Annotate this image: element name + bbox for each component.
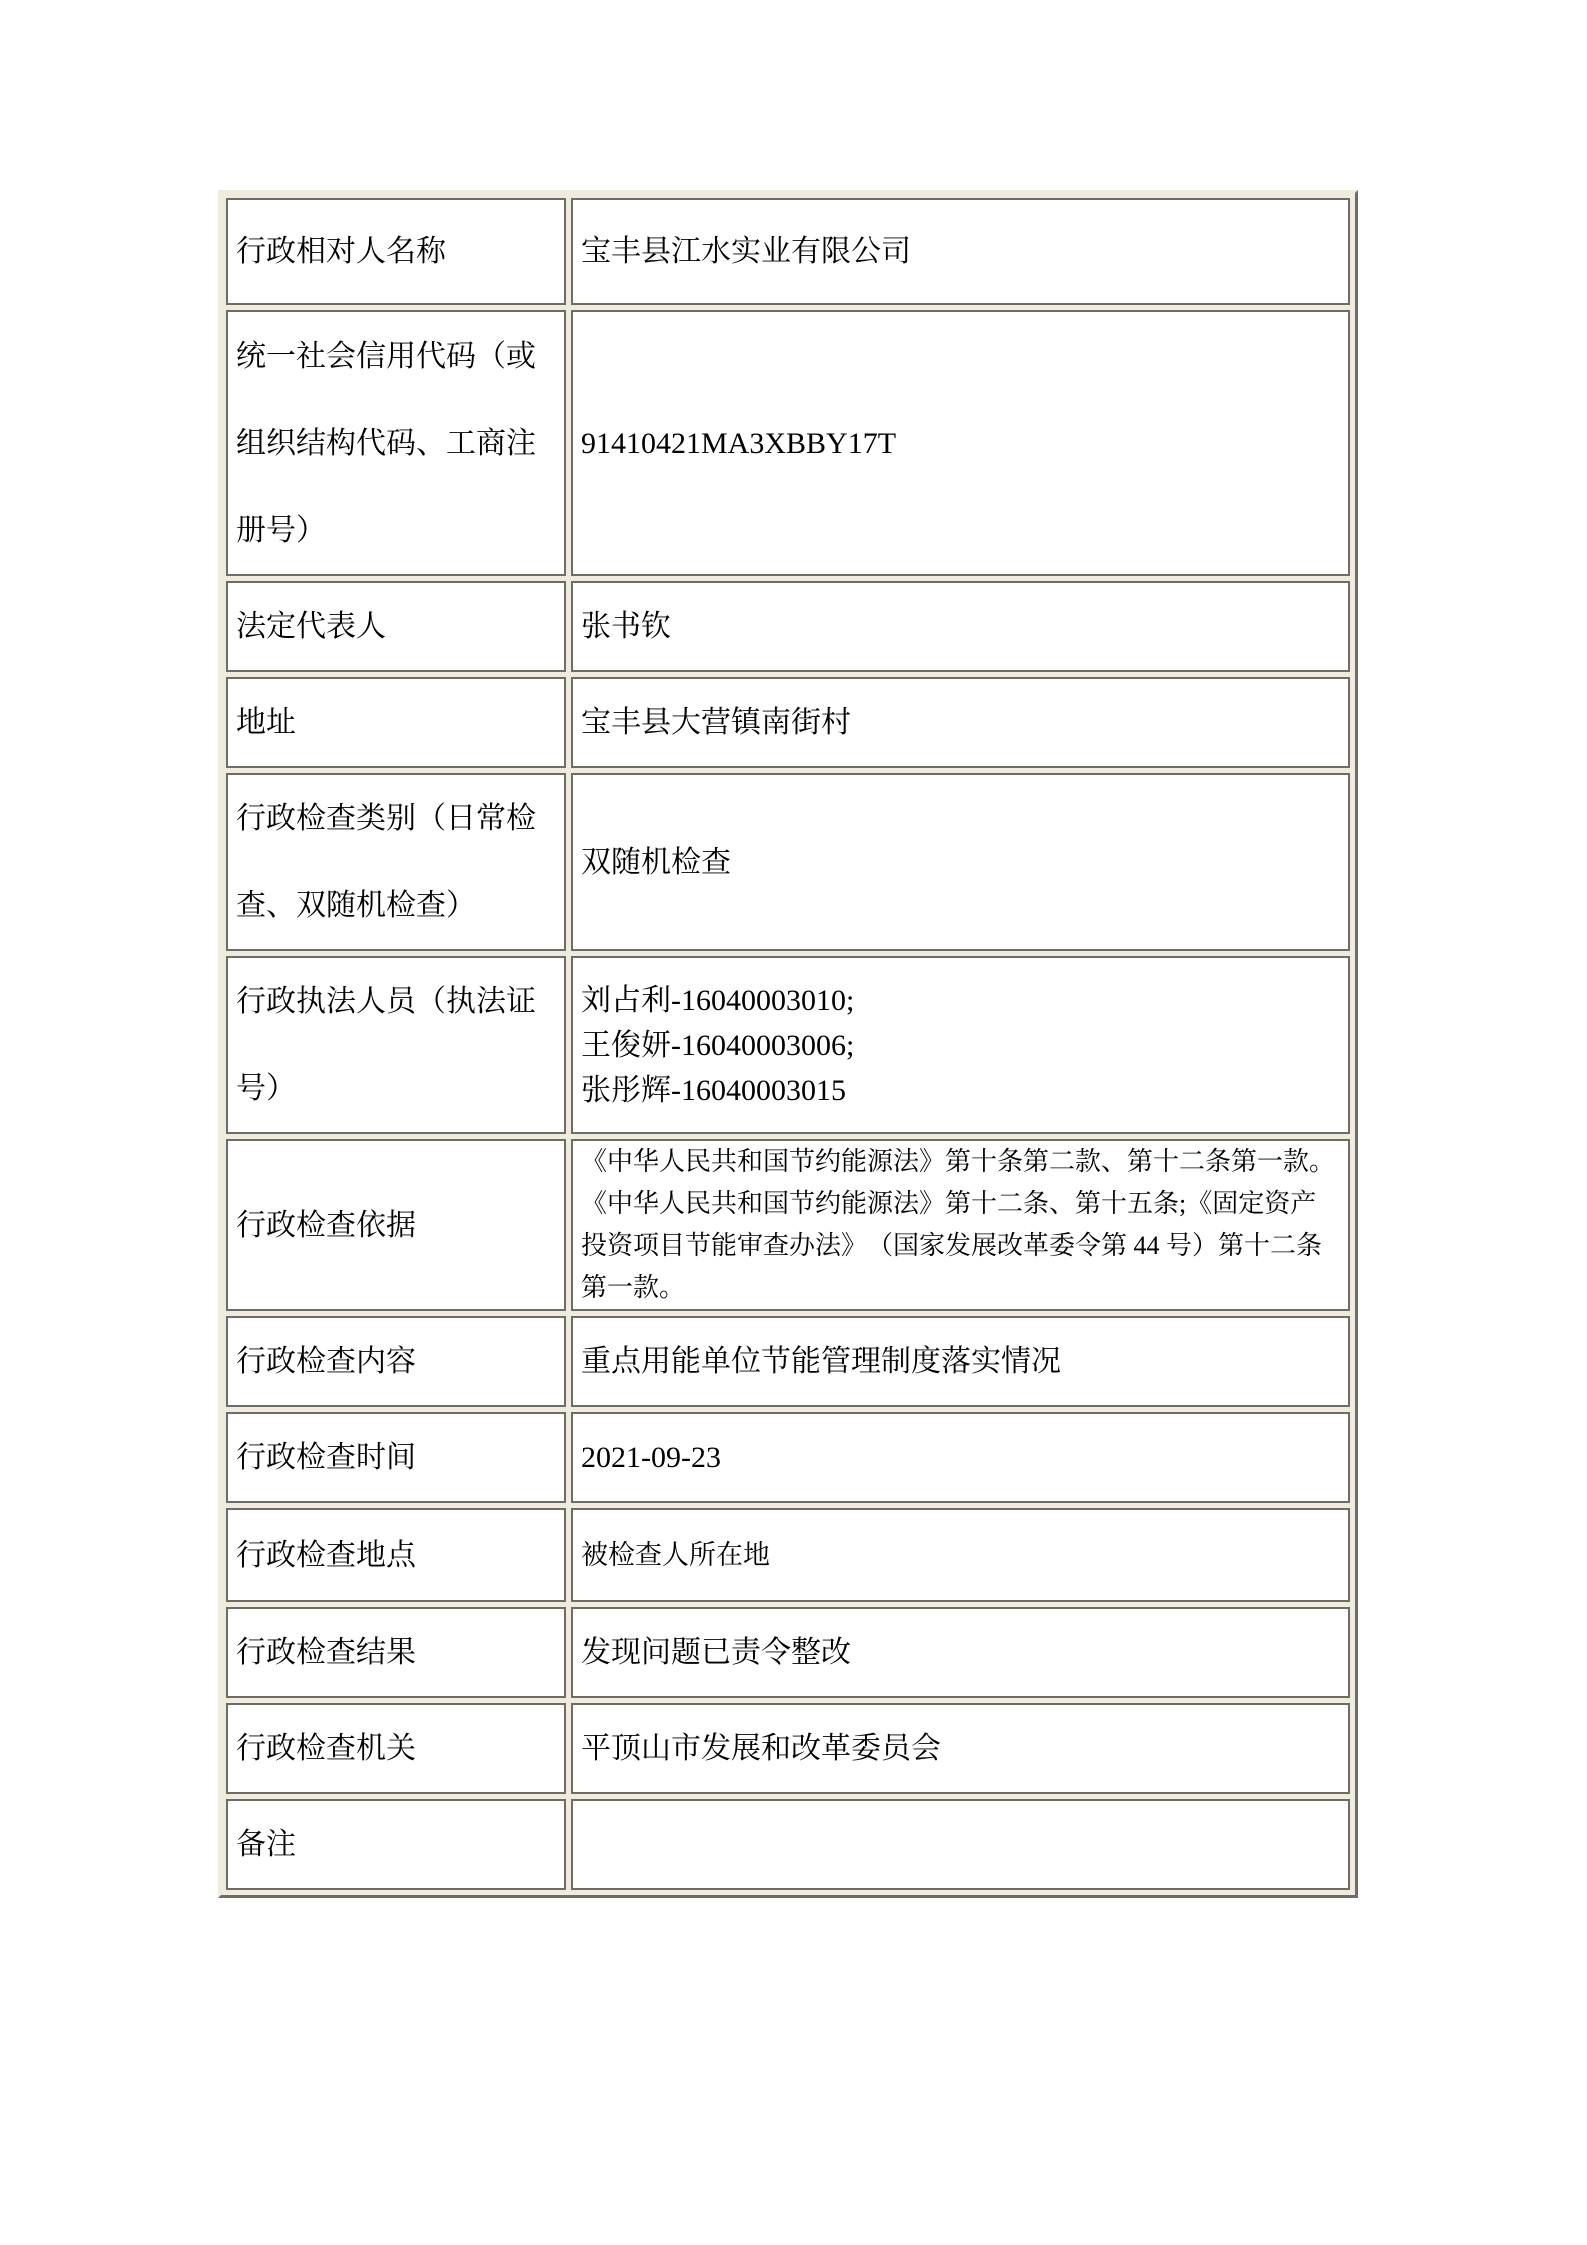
value-cell: 宝丰县江水实业有限公司 <box>571 198 1350 305</box>
row-legal-representative: 法定代表人 张书钦 <box>226 581 1350 672</box>
value-cell: 平顶山市发展和改革委员会 <box>571 1703 1350 1794</box>
row-inspection-authority: 行政检查机关 平顶山市发展和改革委员会 <box>226 1703 1350 1794</box>
value-cell: 2021-09-23 <box>571 1412 1350 1503</box>
row-inspection-location: 行政检查地点 被检查人所在地 <box>226 1508 1350 1602</box>
label-cell: 行政检查时间 <box>226 1412 566 1503</box>
row-inspection-content: 行政检查内容 重点用能单位节能管理制度落实情况 <box>226 1316 1350 1407</box>
label-cell: 行政相对人名称 <box>226 198 566 305</box>
value-cell: 被检查人所在地 <box>571 1508 1350 1602</box>
label-cell: 法定代表人 <box>226 581 566 672</box>
label-cell: 行政执法人员（执法证号） <box>226 956 566 1134</box>
value-cell: 双随机检查 <box>571 773 1350 951</box>
row-credit-code: 统一社会信用代码（或组织结构代码、工商注册号） 91410421MA3XBBY1… <box>226 310 1350 576</box>
value-cell: 《中华人民共和国节约能源法》第十条第二款、第十二条第一款。《中华人民共和国节约能… <box>571 1139 1350 1311</box>
label-cell: 行政检查依据 <box>226 1139 566 1311</box>
row-inspection-basis: 行政检查依据 《中华人民共和国节约能源法》第十条第二款、第十二条第一款。《中华人… <box>226 1139 1350 1311</box>
value-cell <box>571 1799 1350 1890</box>
inspection-record-table: 行政相对人名称 宝丰县江水实业有限公司 统一社会信用代码（或组织结构代码、工商注… <box>218 190 1358 1898</box>
label-cell: 行政检查类别（日常检查、双随机检查） <box>226 773 566 951</box>
row-inspection-date: 行政检查时间 2021-09-23 <box>226 1412 1350 1503</box>
row-address: 地址 宝丰县大营镇南街村 <box>226 677 1350 768</box>
value-cell: 刘占利-16040003010; 王俊妍-16040003006; 张彤辉-16… <box>571 956 1350 1134</box>
value-cell: 宝丰县大营镇南街村 <box>571 677 1350 768</box>
row-counterpart-name: 行政相对人名称 宝丰县江水实业有限公司 <box>226 198 1350 305</box>
row-inspection-result: 行政检查结果 发现问题已责令整改 <box>226 1607 1350 1698</box>
row-enforcement-officers: 行政执法人员（执法证号） 刘占利-16040003010; 王俊妍-160400… <box>226 956 1350 1134</box>
label-cell: 行政检查地点 <box>226 1508 566 1602</box>
value-cell: 张书钦 <box>571 581 1350 672</box>
inspection-record-body: 行政相对人名称 宝丰县江水实业有限公司 统一社会信用代码（或组织结构代码、工商注… <box>226 198 1350 1890</box>
label-cell: 地址 <box>226 677 566 768</box>
label-cell: 行政检查内容 <box>226 1316 566 1407</box>
value-cell: 91410421MA3XBBY17T <box>571 310 1350 576</box>
label-cell: 统一社会信用代码（或组织结构代码、工商注册号） <box>226 310 566 576</box>
label-cell: 行政检查机关 <box>226 1703 566 1794</box>
page: 行政相对人名称 宝丰县江水实业有限公司 统一社会信用代码（或组织结构代码、工商注… <box>0 0 1587 2245</box>
value-cell: 发现问题已责令整改 <box>571 1607 1350 1698</box>
value-cell: 重点用能单位节能管理制度落实情况 <box>571 1316 1350 1407</box>
label-cell: 备注 <box>226 1799 566 1890</box>
row-remarks: 备注 <box>226 1799 1350 1890</box>
label-cell: 行政检查结果 <box>226 1607 566 1698</box>
row-inspection-category: 行政检查类别（日常检查、双随机检查） 双随机检查 <box>226 773 1350 951</box>
